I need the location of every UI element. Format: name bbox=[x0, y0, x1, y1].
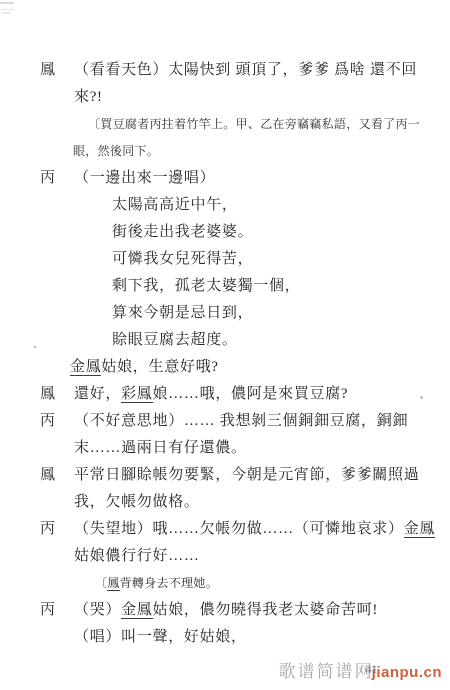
script-line: 鳳（看看天色）太陽快到 頭頂了，爹爹 爲啥 還不回 bbox=[0, 57, 450, 84]
line-text: （哭） bbox=[74, 602, 121, 618]
script-line: 來?! bbox=[0, 84, 450, 111]
proper-name-underlined: 金鳳 bbox=[404, 521, 435, 538]
speaker-label: 丙 bbox=[40, 408, 55, 435]
proper-name-underlined: 金鳳 bbox=[70, 359, 101, 376]
script-line: （唱）叫一聲，好姑娘， bbox=[0, 624, 450, 651]
line-text: 賒眼豆腐去超度。 bbox=[112, 332, 238, 348]
speaker-label: 丙 bbox=[40, 165, 55, 192]
script-line: 丙（哭）金鳳姑娘，儂勿曉得我老太婆命苦呵! bbox=[0, 597, 450, 624]
line-text: （失望地）哦……欠帳勿做……（可憐地哀求） bbox=[74, 521, 404, 537]
line-text: 背轉身去不理她。 bbox=[120, 576, 218, 590]
speaker-label: 鳳 bbox=[40, 381, 55, 408]
script-line: 丙（一邊出來一邊唱） bbox=[0, 165, 450, 192]
scanned-page: 鳳（看看天色）太陽快到 頭頂了，爹爹 爲啥 還不回來?!〔買豆腐者丙拄着竹竿上。… bbox=[0, 0, 450, 690]
script-line: 太陽高高近中午， bbox=[0, 192, 450, 219]
line-text: （唱）叫一聲，好姑娘， bbox=[74, 629, 247, 645]
script-line: 姑娘儂行行好…… bbox=[0, 543, 450, 570]
page-number: 41 bbox=[366, 662, 378, 677]
watermark-site-url: jianpu.cn bbox=[372, 664, 442, 681]
script-line: 〔買豆腐者丙拄着竹竿上。甲、乙在旁竊竊私語，又看了丙一 bbox=[0, 111, 450, 138]
script-text-block: 鳳（看看天色）太陽快到 頭頂了，爹爹 爲啥 還不回來?!〔買豆腐者丙拄着竹竿上。… bbox=[0, 0, 450, 651]
line-text: 眼，然後同下。 bbox=[73, 144, 159, 158]
speaker-label: 丙 bbox=[40, 597, 55, 624]
script-line: 賒眼豆腐去超度。 bbox=[0, 327, 450, 354]
line-text: 算來今朝是忌日到， bbox=[112, 305, 253, 321]
line-text: 姑娘，儂勿曉得我老太婆命苦呵! bbox=[153, 602, 379, 618]
proper-name-underlined: 彩鳳 bbox=[121, 386, 152, 403]
watermark-site-name: 歌谱简谱网 bbox=[279, 657, 374, 682]
script-line: 丙（不好意思地）…… 我想剝三個銅鈿豆腐，銅鈿 bbox=[0, 408, 450, 435]
line-text: 姑娘，生意好哦? bbox=[101, 359, 218, 375]
line-text: 娘……哦，儂阿是來買豆腐? bbox=[153, 386, 349, 402]
watermark: 歌谱简谱网 41 jianpu.cn bbox=[279, 657, 442, 682]
line-text: 還好， bbox=[74, 386, 121, 402]
line-text: 可憐我女兒死得苦， bbox=[112, 251, 253, 267]
script-line: 丙（失望地）哦……欠帳勿做……（可憐地哀求）金鳳 bbox=[0, 516, 450, 543]
line-text: 〔買豆腐者丙拄着竹竿上。甲、乙在旁竊竊私語，又看了丙一 bbox=[88, 117, 420, 131]
script-line: 眼，然後同下。 bbox=[0, 138, 450, 165]
line-text: （一邊出來一邊唱） bbox=[74, 170, 215, 186]
script-line: 末……過兩日有仔還儂。 bbox=[0, 435, 450, 462]
proper-name-underlined: 金鳳 bbox=[121, 602, 152, 619]
line-text: （不好意思地）…… 我想剝三個銅鈿豆腐，銅鈿 bbox=[74, 413, 408, 429]
script-line: 算來今朝是忌日到， bbox=[0, 300, 450, 327]
speaker-label: 鳳 bbox=[40, 462, 55, 489]
line-text: 街後走出我老婆婆。 bbox=[112, 224, 253, 240]
speaker-label: 鳳 bbox=[40, 57, 55, 84]
proper-name-underlined: 鳳 bbox=[107, 576, 119, 591]
script-line: 街後走出我老婆婆。 bbox=[0, 219, 450, 246]
script-line: 可憐我女兒死得苦， bbox=[0, 246, 450, 273]
line-text: 太陽高高近中午， bbox=[112, 197, 238, 213]
script-line: 鳳平常日腳賒帳勿要緊，今朝是元宵節，爹爹關照過 bbox=[0, 462, 450, 489]
script-line: 我，欠帳勿做格。 bbox=[0, 489, 450, 516]
script-line: 剩下我，孤老太婆獨一個， bbox=[0, 273, 450, 300]
line-text: （看看天色）太陽快到 頭頂了，爹爹 爲啥 還不回 bbox=[74, 62, 417, 78]
speaker-label: 丙 bbox=[40, 516, 55, 543]
line-text: 平常日腳賒帳勿要緊，今朝是元宵節，爹爹關照過 bbox=[74, 467, 419, 483]
line-text: 來?! bbox=[74, 89, 103, 105]
script-line: 〔鳳背轉身去不理她。 bbox=[0, 570, 450, 597]
line-text: 末……過兩日有仔還儂。 bbox=[74, 440, 247, 456]
line-text: 〔 bbox=[95, 576, 107, 590]
line-text: 我，欠帳勿做格。 bbox=[74, 494, 200, 510]
script-line: 鳳還好，彩鳳娘……哦，儂阿是來買豆腐? bbox=[0, 381, 450, 408]
line-text: 姑娘儂行行好…… bbox=[74, 548, 200, 564]
script-line: 金鳳姑娘，生意好哦? bbox=[0, 354, 450, 381]
line-text: 剩下我，孤老太婆獨一個， bbox=[112, 278, 300, 294]
